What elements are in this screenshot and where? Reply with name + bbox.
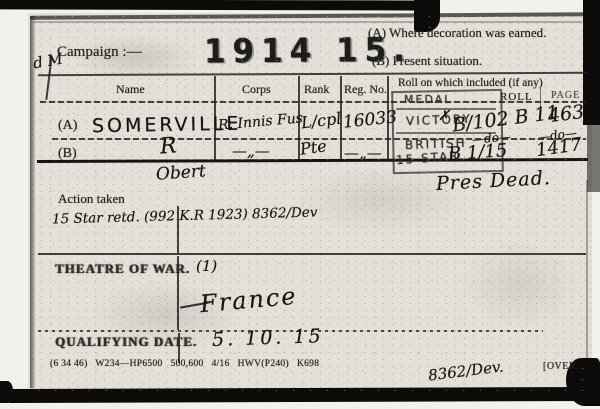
victory-page-value: 463 xyxy=(547,101,586,127)
action-section-rule xyxy=(38,253,586,255)
card-right-edge xyxy=(586,180,588,365)
header-page: PAGE xyxy=(551,90,580,101)
qualifying-date-label: QUALIFYING DATE. xyxy=(55,334,197,350)
form-print-code: (6 34 46) W234—HP6500 500,600 4/16 HWV(P… xyxy=(50,359,319,369)
legend-b: (B) Present situation. xyxy=(372,53,482,69)
place-annotation: Obert xyxy=(155,161,206,184)
legend-a: (A) Where decoration was earned. xyxy=(368,25,546,41)
row-b-reg-no: —„— xyxy=(344,144,382,162)
action-taken-label: Action taken xyxy=(58,191,125,207)
scan-artifact-right-band-fade xyxy=(587,120,600,192)
qualifying-date-value: 5. 10. 15 xyxy=(212,325,324,351)
victory-check-mark: ✗ xyxy=(438,108,450,124)
scan-artifact-right-band xyxy=(583,0,600,125)
header-reg-no: Reg. No. xyxy=(344,82,387,97)
header-medal: MEDAL xyxy=(404,93,452,106)
header-rank: Rank xyxy=(304,82,329,97)
scan-artifact-bottom-bar xyxy=(5,387,600,403)
row-b-corps: —„— xyxy=(232,142,270,160)
header-roll: ROLL xyxy=(500,91,533,103)
over-note: [OVER. xyxy=(543,361,579,372)
scan-artifact-bottom-left-blob xyxy=(0,381,13,403)
header-roll-group: Roll on which included (if any) xyxy=(398,77,543,89)
header-corps: Corps xyxy=(242,82,271,97)
row-b-rank: Pte xyxy=(299,136,328,159)
star-roll-value: B 1/15 xyxy=(447,140,508,165)
scan-artifact-top-bar xyxy=(0,0,430,11)
theatre-number: (1) xyxy=(196,257,217,275)
card-top-edge-shadow xyxy=(34,21,582,23)
row-b-prefix: (B) xyxy=(58,146,77,162)
campaign-label: Campaign :— xyxy=(57,44,142,61)
theatre-of-war-label: THEATRE OF WAR. xyxy=(55,261,190,277)
medal-index-card-scan: Campaign :— d M 1914 15. (A) Where decor… xyxy=(0,0,600,409)
row-a-prefix: (A) xyxy=(58,118,77,134)
row-b-name: R xyxy=(159,133,177,159)
header-name: Name xyxy=(116,82,145,97)
